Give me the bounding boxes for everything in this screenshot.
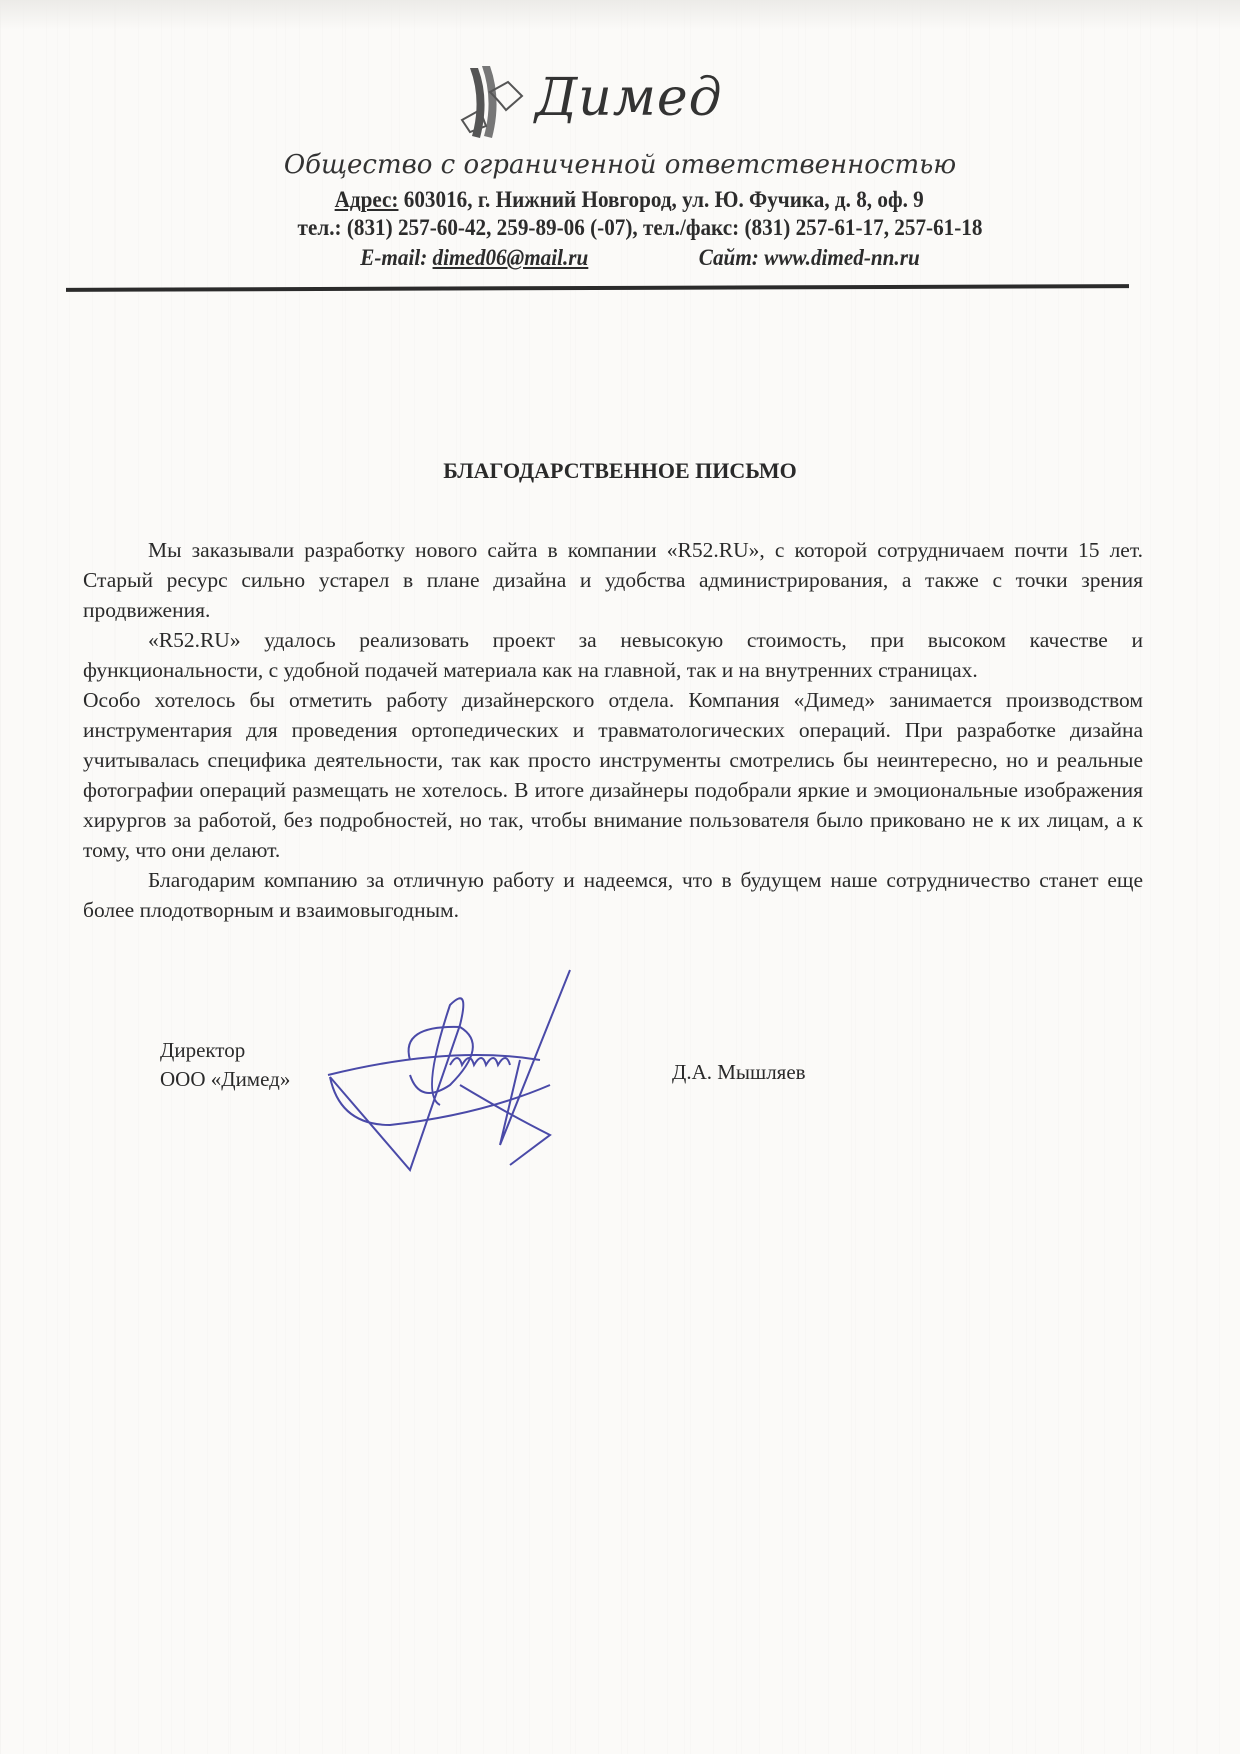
email-link[interactable]: dimed06@mail.ru bbox=[433, 245, 589, 270]
address-value: 603016, г. Нижний Новгород, ул. Ю. Фучик… bbox=[398, 187, 923, 212]
org-type: Общество с ограниченной ответственностью bbox=[0, 150, 1240, 180]
email-label: E-mail: bbox=[360, 245, 432, 270]
letter-body: Мы заказывали разработку нового сайта в … bbox=[83, 535, 1143, 925]
signatory-position: Директор ООО «Димед» bbox=[160, 1036, 290, 1094]
site-label: Сайт: bbox=[699, 245, 764, 270]
paragraph: Особо хотелось бы отметить работу дизайн… bbox=[83, 685, 1143, 865]
paragraph: Благодарим компанию за отличную работу и… bbox=[83, 865, 1143, 925]
header-divider bbox=[66, 284, 1129, 292]
paragraph: Мы заказывали разработку нового сайта в … bbox=[83, 535, 1143, 625]
scan-smudge bbox=[0, 0, 1240, 30]
site-link[interactable]: www.dimed-nn.ru bbox=[764, 245, 920, 270]
position-title: Директор bbox=[160, 1036, 290, 1065]
contacts-line: E-mail: dimed06@mail.ruСайт: www.dimed-n… bbox=[70, 245, 1211, 271]
organization-name: ООО «Димед» bbox=[160, 1065, 290, 1094]
brand-name: Димед bbox=[535, 68, 723, 128]
address-line: Адрес: 603016, г. Нижний Новгород, ул. Ю… bbox=[50, 187, 1191, 213]
phones-line: тел.: (831) 257-60-42, 259-89-06 (-07), … bbox=[70, 215, 1211, 241]
signatory-name: Д.А. Мышляев bbox=[672, 1060, 806, 1085]
address-label: Адрес: bbox=[335, 187, 399, 212]
paragraph: «R52.RU» удалось реализовать проект за н… bbox=[83, 625, 1143, 685]
handwritten-signature-icon bbox=[300, 965, 660, 1185]
letter-title: БЛАГОДАРСТВЕННОЕ ПИСЬМО bbox=[0, 458, 1240, 484]
